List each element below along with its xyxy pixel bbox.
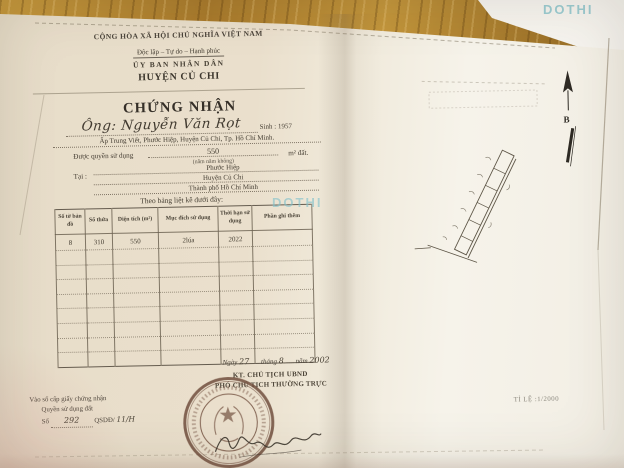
table-cell: [114, 321, 160, 337]
table-cell: [58, 338, 88, 353]
date-month-label: tháng: [261, 358, 277, 366]
register-line3: Số 292 QSDĐ/ 11/H: [30, 413, 136, 428]
certificate-content: CỘNG HÒA XÃ HỘI CHỦ NGHĨA VIỆT NAM Độc l…: [0, 0, 624, 468]
issuer-district: HUYỆN CỦ CHI: [36, 69, 321, 86]
table-cell: [254, 289, 314, 305]
sketch-map: B: [396, 53, 623, 388]
watermark-dothi-top: DOTHI: [543, 2, 593, 17]
table-cell: [57, 323, 87, 338]
table-cell: [87, 337, 114, 352]
photo-of-land-certificate: CỘNG HÒA XÃ HỘI CHỦ NGHĨA VIỆT NAM Độc l…: [0, 0, 624, 468]
table-cell: [114, 336, 160, 352]
table-cell: [113, 263, 159, 279]
date-year-handwritten: 2002: [309, 355, 330, 364]
table-header-cell: Số tờ bản đồ: [55, 209, 86, 235]
table-header-cell: Mục đích sử dụng: [158, 206, 219, 232]
register-prefix: Số: [42, 418, 49, 425]
table-cell: [56, 265, 86, 280]
table-cell: [87, 308, 114, 323]
table-cell: 310: [85, 233, 112, 250]
table-cell: [87, 322, 114, 337]
table-cell: [114, 292, 160, 308]
table-cell: [86, 264, 113, 279]
table-cell: [114, 307, 160, 323]
table-cell: [253, 260, 313, 276]
signature: [209, 424, 325, 466]
date-line: Ngày 27 tháng 8 năm 2002: [222, 355, 362, 367]
table-cell: [86, 279, 113, 294]
land-table: Số tờ bản đồSố thửaDiện tích (m²)Mục đíc…: [54, 204, 315, 368]
watermark-dothi-middle: DOTHI: [272, 195, 322, 210]
date-month-handwritten: 8: [279, 356, 284, 365]
table-cell: [220, 319, 254, 334]
north-arrow-icon: B: [563, 70, 577, 166]
table-cell: [56, 279, 86, 294]
register-block: Vào số cấp giấy chứng nhận Quyền sử dụng…: [29, 393, 135, 428]
table-cell: [56, 250, 86, 265]
table-cell: [220, 305, 254, 320]
table-cell: [88, 352, 115, 367]
table-cell: [113, 248, 159, 264]
table-cell: 550: [112, 232, 158, 249]
table-cell: [253, 245, 313, 261]
table-cell: [254, 318, 314, 334]
holder-name-line: Ông: Nguyễn Văn Rọt: [65, 114, 257, 137]
table-cell: 8: [55, 234, 85, 251]
table-cell: [87, 293, 114, 308]
north-label: B: [563, 114, 569, 124]
table-header-cell: Số thửa: [85, 208, 113, 234]
table-cell: [220, 290, 254, 305]
table-cell: [254, 333, 314, 349]
table-cell: [252, 229, 312, 246]
table-header-cell: Thời hạn sử dụng: [218, 206, 253, 232]
right-of-use-label: Được quyền sử dụng: [73, 151, 133, 160]
date-year-label: năm: [295, 357, 307, 365]
table-cell: [219, 261, 253, 276]
table-cell: [160, 335, 220, 351]
register-number-handwritten: 292: [64, 415, 79, 424]
register-label: QSDĐ/: [94, 417, 115, 424]
table-cell: [161, 349, 221, 365]
register-suffix-handwritten: 11/H: [116, 414, 135, 423]
table-cell: [219, 246, 253, 261]
table-cell: [159, 247, 219, 263]
date-day-handwritten: 27: [239, 357, 249, 366]
table-cell: [57, 294, 87, 309]
map-scale-label: TỈ LỆ :1/2000: [471, 395, 601, 405]
table-cell: [57, 308, 87, 323]
land-plot-diagram: [415, 135, 526, 276]
table-cell: [159, 262, 219, 278]
table-cell: [58, 352, 88, 367]
table-cell: [219, 276, 253, 291]
table-cell: 2lúa: [158, 231, 218, 248]
table-cell: [113, 278, 159, 294]
holder-name: Ông: Nguyễn Văn Rọt: [81, 115, 242, 134]
birth-year: Sinh : 1957: [260, 122, 292, 131]
table-cell: [254, 304, 314, 320]
table-cell: [253, 274, 313, 290]
area-value: 550: [148, 145, 278, 158]
table-cell: [160, 306, 220, 322]
date-prefix: Ngày: [222, 358, 237, 366]
at-label: Tại :: [74, 172, 88, 180]
header-rule: [33, 88, 305, 95]
table-cell: [115, 351, 161, 367]
table-cell: [159, 276, 219, 292]
table-cell: [160, 291, 220, 307]
table-cell: [160, 320, 220, 336]
table-cell: [220, 334, 254, 349]
table-cell: [86, 249, 113, 264]
national-motto: Độc lập – Tự do – Hạnh phúc: [133, 47, 224, 59]
table-header-cell: Diện tích (m²): [112, 207, 159, 233]
area-unit: m² đất.: [288, 149, 308, 157]
table-cell: 2022: [218, 230, 252, 247]
